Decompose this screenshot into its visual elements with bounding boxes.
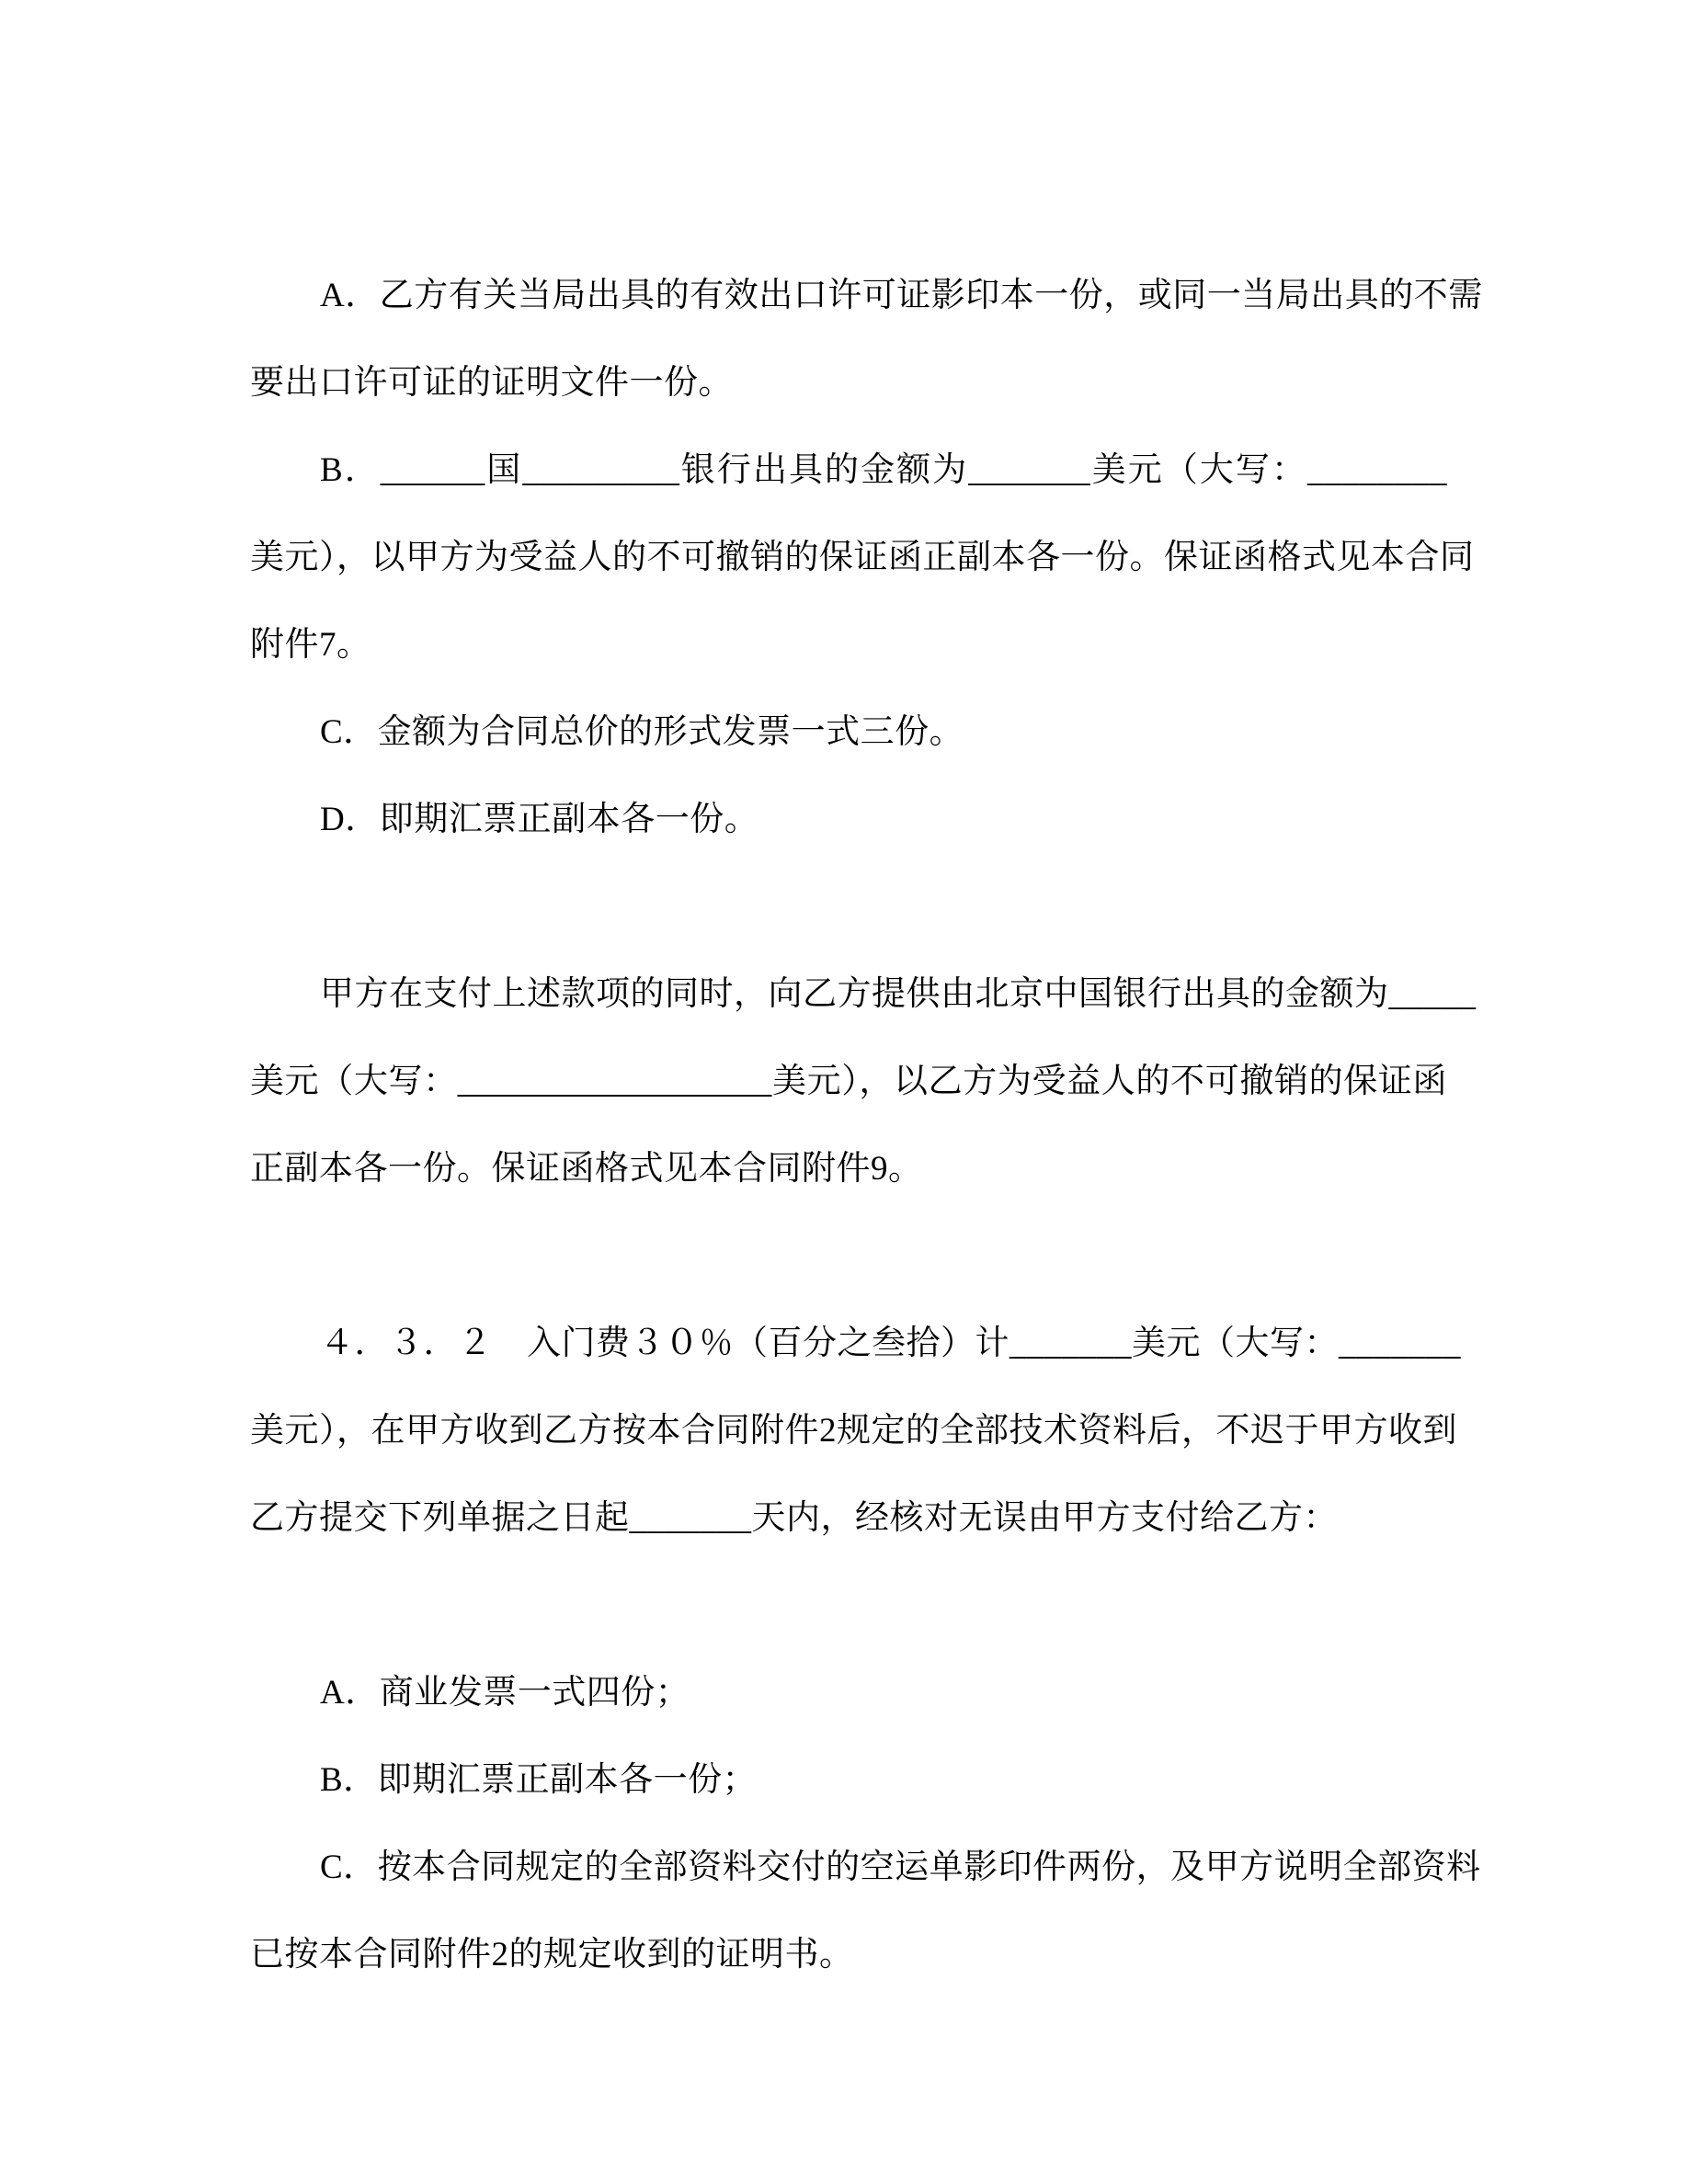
- document-page: A．乙方有关当局出具的有效出口许可证影印本一份，或同一当局出具的不需 要出口许可…: [0, 0, 1688, 2184]
- document-item-c-line-1: C．按本合同规定的全部资料交付的空运单影印件两份，及甲方说明全部资料: [250, 1824, 1447, 1911]
- clause-a-line-2: 要出口许可证的证明文件一份。: [250, 339, 1447, 427]
- section-4-3-2-line-3: 乙方提交下列单据之日起_______天内，经核对无误由甲方支付给乙方：: [250, 1474, 1447, 1562]
- section-4-3-2-line-1: ４．３．２ 入门费３０％（百分之叁拾）计_______美元（大写：_______: [250, 1300, 1447, 1387]
- document-item-a-line: A．商业发票一式四份；: [250, 1649, 1447, 1736]
- guarantee-paragraph-line-1: 甲方在支付上述款项的同时，向乙方提供由北京中国银行出具的金额为_____: [250, 950, 1447, 1038]
- clause-a-line-1: A．乙方有关当局出具的有效出口许可证影印本一份，或同一当局出具的不需: [250, 252, 1447, 339]
- clause-d-line: D．即期汇票正副本各一份。: [250, 776, 1447, 863]
- document-item-b-line: B．即期汇票正副本各一份；: [250, 1736, 1447, 1824]
- guarantee-paragraph-line-3: 正副本各一份。保证函格式见本合同附件9。: [250, 1125, 1447, 1212]
- clause-b-line-3: 附件7。: [250, 601, 1447, 688]
- clause-b-line-2: 美元），以甲方为受益人的不可撤销的保证函正副本各一份。保证函格式见本合同: [250, 514, 1447, 601]
- clause-b-line-1: B．______国_________银行出具的金额为_______美元（大写：_…: [250, 427, 1447, 514]
- guarantee-paragraph-line-2: 美元（大写：__________________美元），以乙方为受益人的不可撤销…: [250, 1038, 1447, 1125]
- clause-c-line: C．金额为合同总价的形式发票一式三份。: [250, 688, 1447, 776]
- document-item-c-line-2: 已按本合同附件2的规定收到的证明书。: [250, 1911, 1447, 1998]
- section-4-3-2-line-2: 美元），在甲方收到乙方按本合同附件2规定的全部技术资料后，不迟于甲方收到: [250, 1387, 1447, 1474]
